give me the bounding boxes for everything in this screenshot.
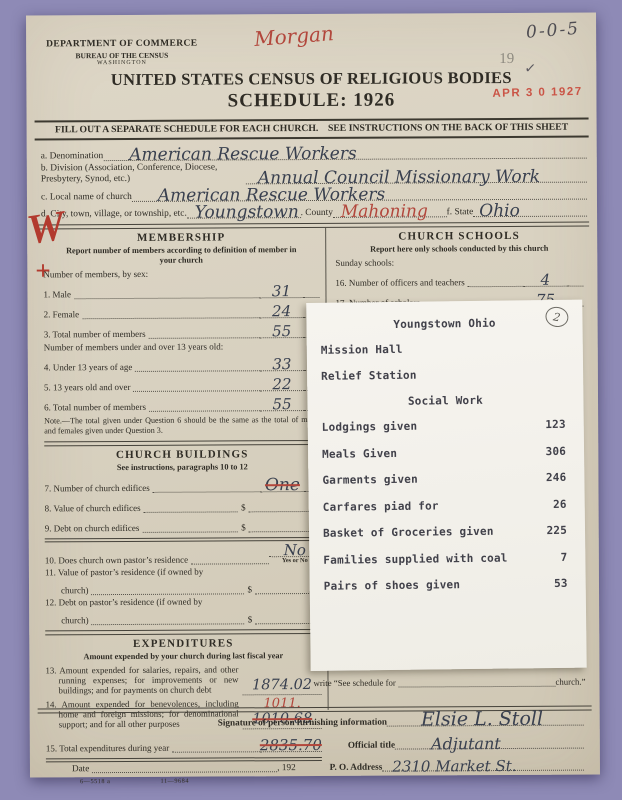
field-state-label: f. State <box>447 207 474 217</box>
q12-leader <box>92 623 244 625</box>
q16-label: 16. Number of officers and teachers <box>335 277 464 288</box>
q2-female-row: 2. Female 24 <box>44 300 320 319</box>
card-item-carfares: Carfares piad for 26 <box>323 497 571 513</box>
see-schedule-prefix: write “See schedule for <box>313 678 395 688</box>
card-item-coal-value: 7 <box>560 550 567 563</box>
field-denomination-line: American Rescue Workers <box>103 144 587 162</box>
po-address-value: 2310 Market St. <box>382 761 516 772</box>
field-state-value: Ohio <box>473 205 520 217</box>
q16-tail <box>567 286 583 287</box>
q6-label: 6. Total number of members <box>44 402 146 413</box>
q13-label: 13. Amount expended for salaries, repair… <box>45 664 238 696</box>
q9-dollar-sign: $ <box>241 522 246 532</box>
date-year-suffix: , 192 <box>277 762 295 772</box>
handwritten-red-annotation: Morgan <box>253 21 334 51</box>
card-item-coal: Families supplied with coal 7 <box>323 550 571 566</box>
social-work-report-card: 2 Youngstown Ohio Mission Hall Relief St… <box>306 300 586 671</box>
form-number-left: 6—5518 a <box>80 778 110 785</box>
official-title-line: Adjutant <box>395 736 584 750</box>
form-print-numbers: 6—5518 a 11—9684 <box>80 777 237 785</box>
po-address-line: 2310 Market St. <box>382 758 584 772</box>
card-item-meals: Meals Given 306 <box>322 444 570 460</box>
schools-group-label: Sunday schools: <box>335 257 583 268</box>
q4-value-line: 33 <box>260 358 304 371</box>
q3-leader <box>149 337 260 339</box>
q1-label: 1. Male <box>43 289 71 299</box>
q6-value: 55 <box>272 399 291 409</box>
q12-row: church) $ <box>45 606 321 625</box>
q3-label: 3. Total number of members <box>44 329 146 340</box>
q4-leader <box>135 370 260 372</box>
q2-value-line: 24 <box>260 305 304 318</box>
q11-label-line2: church) <box>61 585 89 595</box>
q11-row: church) $ <box>45 576 321 595</box>
identification-section: a. Denomination American Rescue Workers … <box>41 142 587 219</box>
field-local-name-line: American Rescue Workers <box>132 184 587 201</box>
field-denomination-label: a. Denomination <box>41 151 104 161</box>
q8-leader <box>144 511 237 512</box>
field-denomination: a. Denomination American Rescue Workers <box>41 144 587 162</box>
card-item-carfares-value: 26 <box>553 497 567 510</box>
q1-leader <box>74 297 260 299</box>
card-item-lodgings: Lodgings given 123 <box>322 418 570 434</box>
q5-label: 5. 13 years old and over <box>44 382 131 392</box>
card-item-meals-label: Meals Given <box>322 446 397 460</box>
form-subtitle: SCHEDULE: 1926 <box>26 89 596 114</box>
card-item-garments-value: 246 <box>546 471 567 484</box>
field-division-label: b. Division (Association, Conference, Di… <box>41 162 246 185</box>
date-label: Date <box>72 763 89 773</box>
q7-value-line: One <box>260 479 304 492</box>
signature-line: Elsie L. Stoll <box>387 712 584 727</box>
card-item-garments: Garments given 246 <box>322 471 570 487</box>
q15-total-row: 15. Total expenditures during year 2835.… <box>46 734 322 753</box>
card-item-meals-value: 306 <box>546 444 567 457</box>
q13-salaries-row: 13. Amount expended for salaries, repair… <box>45 663 321 696</box>
q1-male-row: 1. Male 31 <box>43 280 319 299</box>
form-number-right: 11—9684 <box>161 778 190 785</box>
card-social-work-heading: Social Work <box>321 393 569 409</box>
q12-label-line2: church) <box>61 615 89 625</box>
q2-value: 24 <box>272 306 291 316</box>
card-item-coal-label: Families supplied with coal <box>323 551 507 566</box>
card-item-lodgings-value: 123 <box>545 418 566 431</box>
q1-value-line: 31 <box>259 285 303 298</box>
q8-label: 8. Value of church edifices <box>45 502 141 513</box>
card-item-shoes: Pairs of shoes given 53 <box>324 577 572 593</box>
q12-dollar-sign: $ <box>248 614 253 624</box>
membership-note: Note.—The total given under Question 6 s… <box>44 415 320 437</box>
card-item-groceries: Basket of Groceries given 225 <box>323 524 571 540</box>
q15-value-crossed: 2835.70 <box>260 740 322 750</box>
field-denomination-value: American Rescue Workers <box>103 148 357 161</box>
q1-tail <box>303 297 319 298</box>
schools-title: CHURCH SCHOOLS <box>335 230 583 243</box>
membership-subtitle: Report number of members according to de… <box>61 245 301 266</box>
q10-label: 10. Does church own pastor’s residence <box>45 555 188 566</box>
q10-leader <box>191 563 269 564</box>
signature-value: Elsie L. Stoll <box>387 714 543 725</box>
see-schedule-line: write “See schedule for church.” <box>313 677 585 688</box>
card-item-lodgings-label: Lodgings given <box>322 420 418 434</box>
schools-subtitle: Report here only schools conducted by th… <box>335 244 583 255</box>
q5-leader <box>133 390 260 392</box>
membership-group1-label: Number of members, by sex: <box>43 268 319 279</box>
q13-value-line: 1874.02 <box>242 676 321 695</box>
q7-edifices-row: 7. Number of church edifices One <box>44 474 320 493</box>
card-item-garments-label: Garments given <box>322 473 418 487</box>
q1-value: 31 <box>272 286 291 296</box>
rule-membership-buildings <box>44 440 320 446</box>
field-division: b. Division (Association, Conference, Di… <box>41 161 587 185</box>
q2-leader <box>82 317 260 319</box>
agency-block: DEPARTMENT OF COMMERCE BUREAU OF THE CEN… <box>46 39 197 69</box>
expenditures-title: EXPENDITURES <box>45 637 321 650</box>
q4-value: 33 <box>272 359 291 369</box>
q16-officers-row: 16. Number of officers and teachers 4 <box>335 269 583 288</box>
q3-total-row: 3. Total number of members 55✓ <box>44 320 320 339</box>
left-column: MEMBERSHIP Report number of members acco… <box>37 228 328 712</box>
card-item-groceries-label: Basket of Groceries given <box>323 525 494 540</box>
q7-value-crossed: One <box>265 480 300 490</box>
q16-value-line: 4 <box>523 274 567 287</box>
q6-leader <box>149 410 260 412</box>
card-item-shoes-value: 53 <box>554 577 568 590</box>
pencil-code-annotation: 0-0-5 <box>525 19 580 43</box>
q4-under13-row: 4. Under 13 years of age 33 <box>44 353 320 372</box>
q16-leader <box>468 286 524 287</box>
buildings-subtitle: See instructions, paragraphs 10 to 12 <box>44 462 320 473</box>
field-local-name: c. Local name of church American Rescue … <box>41 184 587 202</box>
date-blank-line <box>92 771 277 773</box>
q11-dollar-sign: $ <box>247 584 252 594</box>
agency-line3: WASHINGTON <box>46 60 197 68</box>
see-schedule-suffix: church.” <box>555 677 585 687</box>
po-address-label: P. O. Address <box>330 762 383 772</box>
q8-value-row: 8. Value of church edifices $ <box>45 494 321 513</box>
rule-edifices-residence <box>45 537 321 543</box>
q13-value-block: 1874.02 <box>238 663 321 695</box>
card-item-carfares-label: Carfares piad for <box>323 499 439 513</box>
card-mission-hall-line: Mission Hall <box>321 341 569 357</box>
card-relief-station-line: Relief Station <box>321 367 569 383</box>
membership-title: MEMBERSHIP <box>43 231 319 244</box>
field-local-name-label: c. Local name of church <box>41 192 132 202</box>
official-title-value: Adjutant <box>395 739 501 750</box>
q10-residence-row: 10. Does church own pastor’s residence N… <box>45 544 321 565</box>
field-county-label: . County <box>301 208 333 218</box>
q13-value: 1874.02 <box>252 677 312 693</box>
field-county-line: Mahoning <box>333 202 447 218</box>
q9-label: 9. Debt on church edifices <box>45 522 140 532</box>
q9-leader <box>142 531 237 532</box>
q15-leader <box>172 751 260 752</box>
q14-label: 14. Amount expended for benevolences, in… <box>46 698 239 730</box>
expenditures-subtitle: Amount expended by your church during la… <box>45 651 321 662</box>
instruction-banner: FILL OUT A SEPARATE SCHEDULE FOR EACH CH… <box>35 118 589 141</box>
q7-label: 7. Number of church edifices <box>44 482 149 493</box>
official-title-label: Official title <box>348 740 395 750</box>
card-item-shoes-label: Pairs of shoes given <box>324 578 461 593</box>
field-county-value: Mahoning <box>333 205 428 217</box>
field-state-line: Ohio <box>473 201 587 217</box>
card-city-line: Youngstown Ohio <box>320 316 568 332</box>
q5-value-line: 22 <box>260 378 304 391</box>
q15-value-line: 2835.70 <box>260 739 322 752</box>
q11-leader <box>92 593 244 595</box>
q7-leader <box>153 491 261 493</box>
buildings-title: CHURCH BUILDINGS <box>44 448 320 461</box>
membership-group2-label: Number of members under and over 13 year… <box>44 341 320 352</box>
field-division-line: Annual Council Missionary Work <box>246 167 587 184</box>
q4-label: 4. Under 13 years of age <box>44 362 133 372</box>
q15-label: 15. Total expenditures during year <box>46 743 169 754</box>
field-city-line: Youngstown <box>187 203 301 219</box>
q2-label: 2. Female <box>44 309 80 319</box>
q16-value: 4 <box>541 275 551 285</box>
rule-buildings-expenditures <box>45 629 321 635</box>
q3-value-line: 55✓ <box>260 325 304 338</box>
q9-debt-row: 9. Debt on church edifices $ <box>45 514 321 533</box>
census-schedule-document: DEPARTMENT OF COMMERCE BUREAU OF THE CEN… <box>26 13 600 778</box>
field-local-name-value: American Rescue Workers <box>132 188 386 201</box>
faint-number: 19 <box>499 51 514 68</box>
field-city-value: Youngstown <box>187 206 299 219</box>
q3-value: 55 <box>272 326 291 336</box>
q6-value-line: 55✓ <box>260 398 304 411</box>
q10-value: No <box>284 545 306 555</box>
official-title-row: Official title Adjutant <box>348 736 584 750</box>
q5-over13-row: 5. 13 years old and over 22 <box>44 373 320 392</box>
date-address-row: Date , 192 P. O. Address 2310 Market St. <box>72 758 584 774</box>
q5-value: 22 <box>272 379 291 389</box>
signature-label: Signature of person furnishing informati… <box>218 717 387 728</box>
agency-line1: DEPARTMENT OF COMMERCE <box>46 39 197 52</box>
card-item-groceries-value: 225 <box>546 524 567 537</box>
signature-row: Signature of person furnishing informati… <box>218 712 584 728</box>
q6-total-row: 6. Total number of members 55✓ <box>44 393 320 412</box>
q8-dollar-sign: $ <box>241 502 246 512</box>
field-division-value: Annual Council Missionary Work <box>246 170 540 184</box>
